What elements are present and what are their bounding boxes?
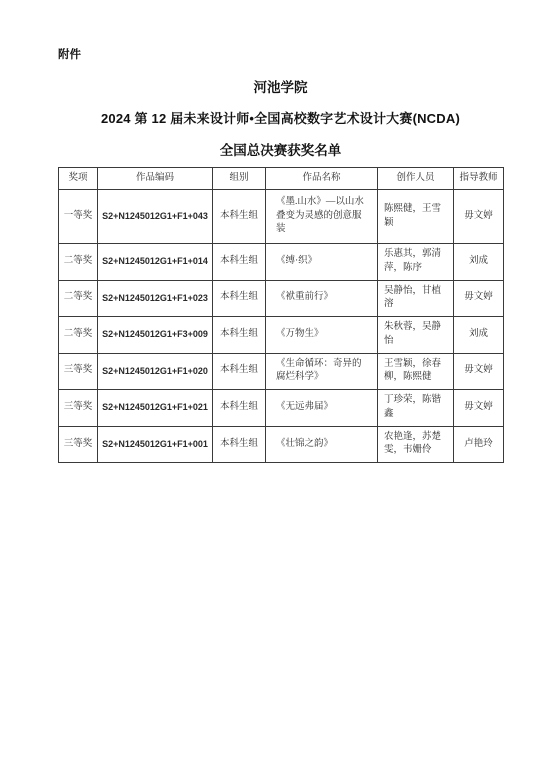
work-title-cell: 《墨.山水》—以山水叠变为灵感的创意服装 (266, 190, 378, 244)
table-row: 一等奖S2+N1245012G1+F1+043本科生组《墨.山水》—以山水叠变为… (59, 190, 504, 244)
group-cell: 本科生组 (213, 426, 266, 463)
work-title-cell: 《壮锦之韵》 (266, 426, 378, 463)
award-cell: 一等奖 (59, 190, 98, 244)
creators-cell: 农艳逢，苏楚雯，韦姗伶 (378, 426, 454, 463)
award-cell: 三等奖 (59, 390, 98, 427)
work-title-cell: 《缚·织》 (266, 244, 378, 281)
table-header-row: 奖项作品编码组别作品名称创作人员指导教师 (59, 168, 504, 190)
work-code-cell: S2+N1245012G1+F1+023 (98, 280, 213, 317)
page-subtitle-competition: 2024 第 12 届未来设计师•全国高校数字艺术设计大赛(NCDA) (58, 108, 503, 127)
column-header: 作品名称 (266, 168, 378, 190)
creators-cell: 朱秋蓉，吴静怡 (378, 317, 454, 354)
group-cell: 本科生组 (213, 353, 266, 390)
column-header: 创作人员 (378, 168, 454, 190)
group-cell: 本科生组 (213, 390, 266, 427)
award-cell: 二等奖 (59, 244, 98, 281)
work-title-cell: 《无远弗届》 (266, 390, 378, 427)
award-cell: 二等奖 (59, 317, 98, 354)
group-cell: 本科生组 (213, 280, 266, 317)
page-subtitle-award-list: 全国总决赛获奖名单 (58, 139, 503, 159)
group-cell: 本科生组 (213, 244, 266, 281)
advisor-cell: 毋文婷 (454, 353, 504, 390)
work-code-cell: S2+N1245012G1+F1+043 (98, 190, 213, 244)
advisor-cell: 刘成 (454, 317, 504, 354)
table-row: 三等奖S2+N1245012G1+F1+020本科生组《生命循环：奇异的腐烂科学… (59, 353, 504, 390)
awards-table: 奖项作品编码组别作品名称创作人员指导教师 一等奖S2+N1245012G1+F1… (58, 167, 504, 463)
work-title-cell: 《袱重前行》 (266, 280, 378, 317)
group-cell: 本科生组 (213, 190, 266, 244)
work-code-cell: S2+N1245012G1+F1+014 (98, 244, 213, 281)
table-row: 三等奖S2+N1245012G1+F1+021本科生组《无远弗届》丁珍荣，陈锴鑫… (59, 390, 504, 427)
table-row: 三等奖S2+N1245012G1+F1+001本科生组《壮锦之韵》农艳逢，苏楚雯… (59, 426, 504, 463)
creators-cell: 乐惠其，郭清萍，陈序 (378, 244, 454, 281)
work-title-cell: 《生命循环：奇异的腐烂科学》 (266, 353, 378, 390)
page-title: 河池学院 (58, 76, 503, 96)
table-row: 二等奖S2+N1245012G1+F3+009本科生组《万物生》朱秋蓉，吴静怡刘… (59, 317, 504, 354)
advisor-cell: 毋文婷 (454, 190, 504, 244)
work-code-cell: S2+N1245012G1+F3+009 (98, 317, 213, 354)
column-header: 指导教师 (454, 168, 504, 190)
award-cell: 三等奖 (59, 353, 98, 390)
work-code-cell: S2+N1245012G1+F1+020 (98, 353, 213, 390)
creators-cell: 吴静怡，甘植溶 (378, 280, 454, 317)
work-title-cell: 《万物生》 (266, 317, 378, 354)
award-cell: 二等奖 (59, 280, 98, 317)
work-code-cell: S2+N1245012G1+F1+021 (98, 390, 213, 427)
column-header: 奖项 (59, 168, 98, 190)
table-row: 二等奖S2+N1245012G1+F1+023本科生组《袱重前行》吴静怡，甘植溶… (59, 280, 504, 317)
award-cell: 三等奖 (59, 426, 98, 463)
advisor-cell: 毋文婷 (454, 390, 504, 427)
creators-cell: 陈熙健，王雪颖 (378, 190, 454, 244)
column-header: 组别 (213, 168, 266, 190)
work-code-cell: S2+N1245012G1+F1+001 (98, 426, 213, 463)
advisor-cell: 毋文婷 (454, 280, 504, 317)
column-header: 作品编码 (98, 168, 213, 190)
attachment-label: 附件 (58, 46, 503, 62)
group-cell: 本科生组 (213, 317, 266, 354)
document-content: 附件 河池学院 2024 第 12 届未来设计师•全国高校数字艺术设计大赛(NC… (58, 46, 503, 463)
table-row: 二等奖S2+N1245012G1+F1+014本科生组《缚·织》乐惠其，郭清萍，… (59, 244, 504, 281)
document-page: 附件 河池学院 2024 第 12 届未来设计师•全国高校数字艺术设计大赛(NC… (0, 0, 553, 768)
advisor-cell: 卢艳玲 (454, 426, 504, 463)
advisor-cell: 刘成 (454, 244, 504, 281)
creators-cell: 丁珍荣，陈锴鑫 (378, 390, 454, 427)
creators-cell: 王雪颖，徐春柳，陈熙健 (378, 353, 454, 390)
table-body: 一等奖S2+N1245012G1+F1+043本科生组《墨.山水》—以山水叠变为… (59, 190, 504, 463)
